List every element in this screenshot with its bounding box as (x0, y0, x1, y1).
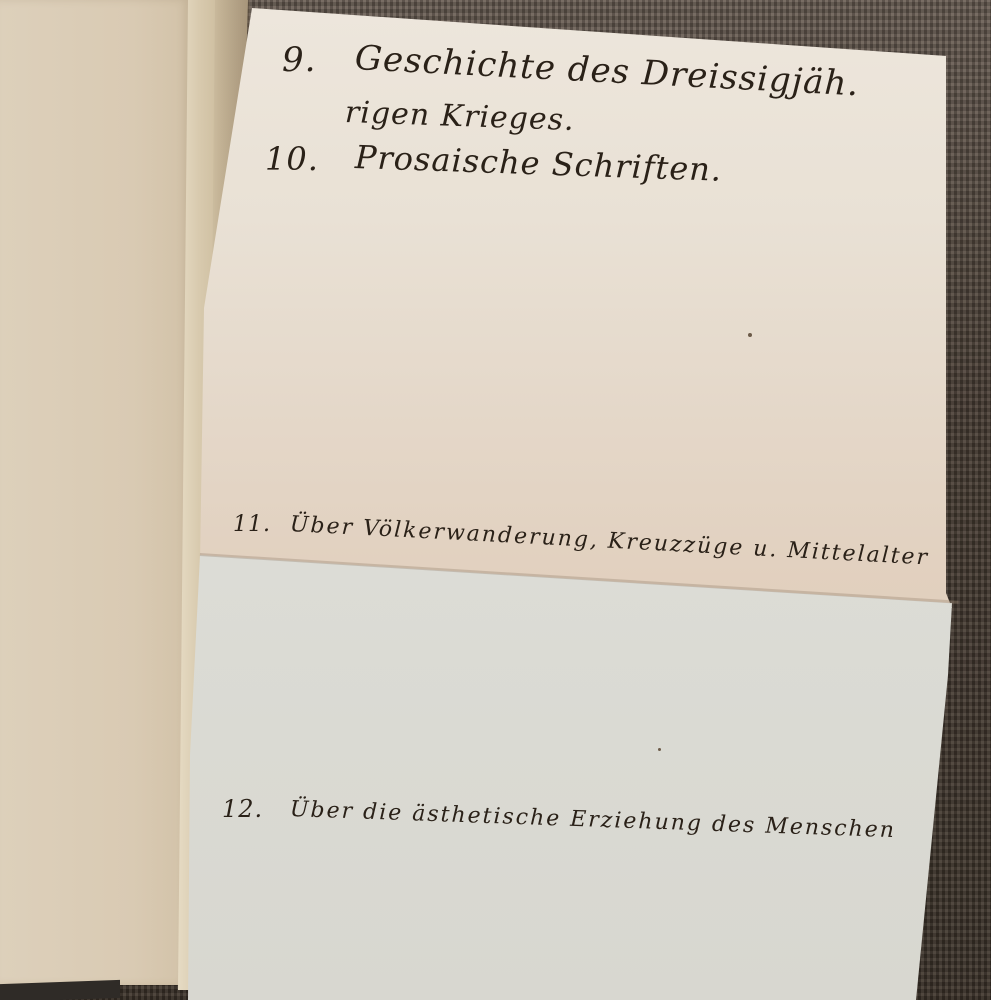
item-number: 9. (282, 40, 316, 80)
paper-speck (748, 333, 752, 337)
left-book-page (0, 0, 190, 985)
handwritten-sheet-lower (188, 555, 958, 1000)
item-number: 11. (233, 512, 271, 537)
paper-speck (658, 748, 661, 751)
item-number: 12. (222, 795, 263, 823)
item-number: 10. (265, 140, 319, 178)
book-cover-edge (0, 980, 120, 1000)
